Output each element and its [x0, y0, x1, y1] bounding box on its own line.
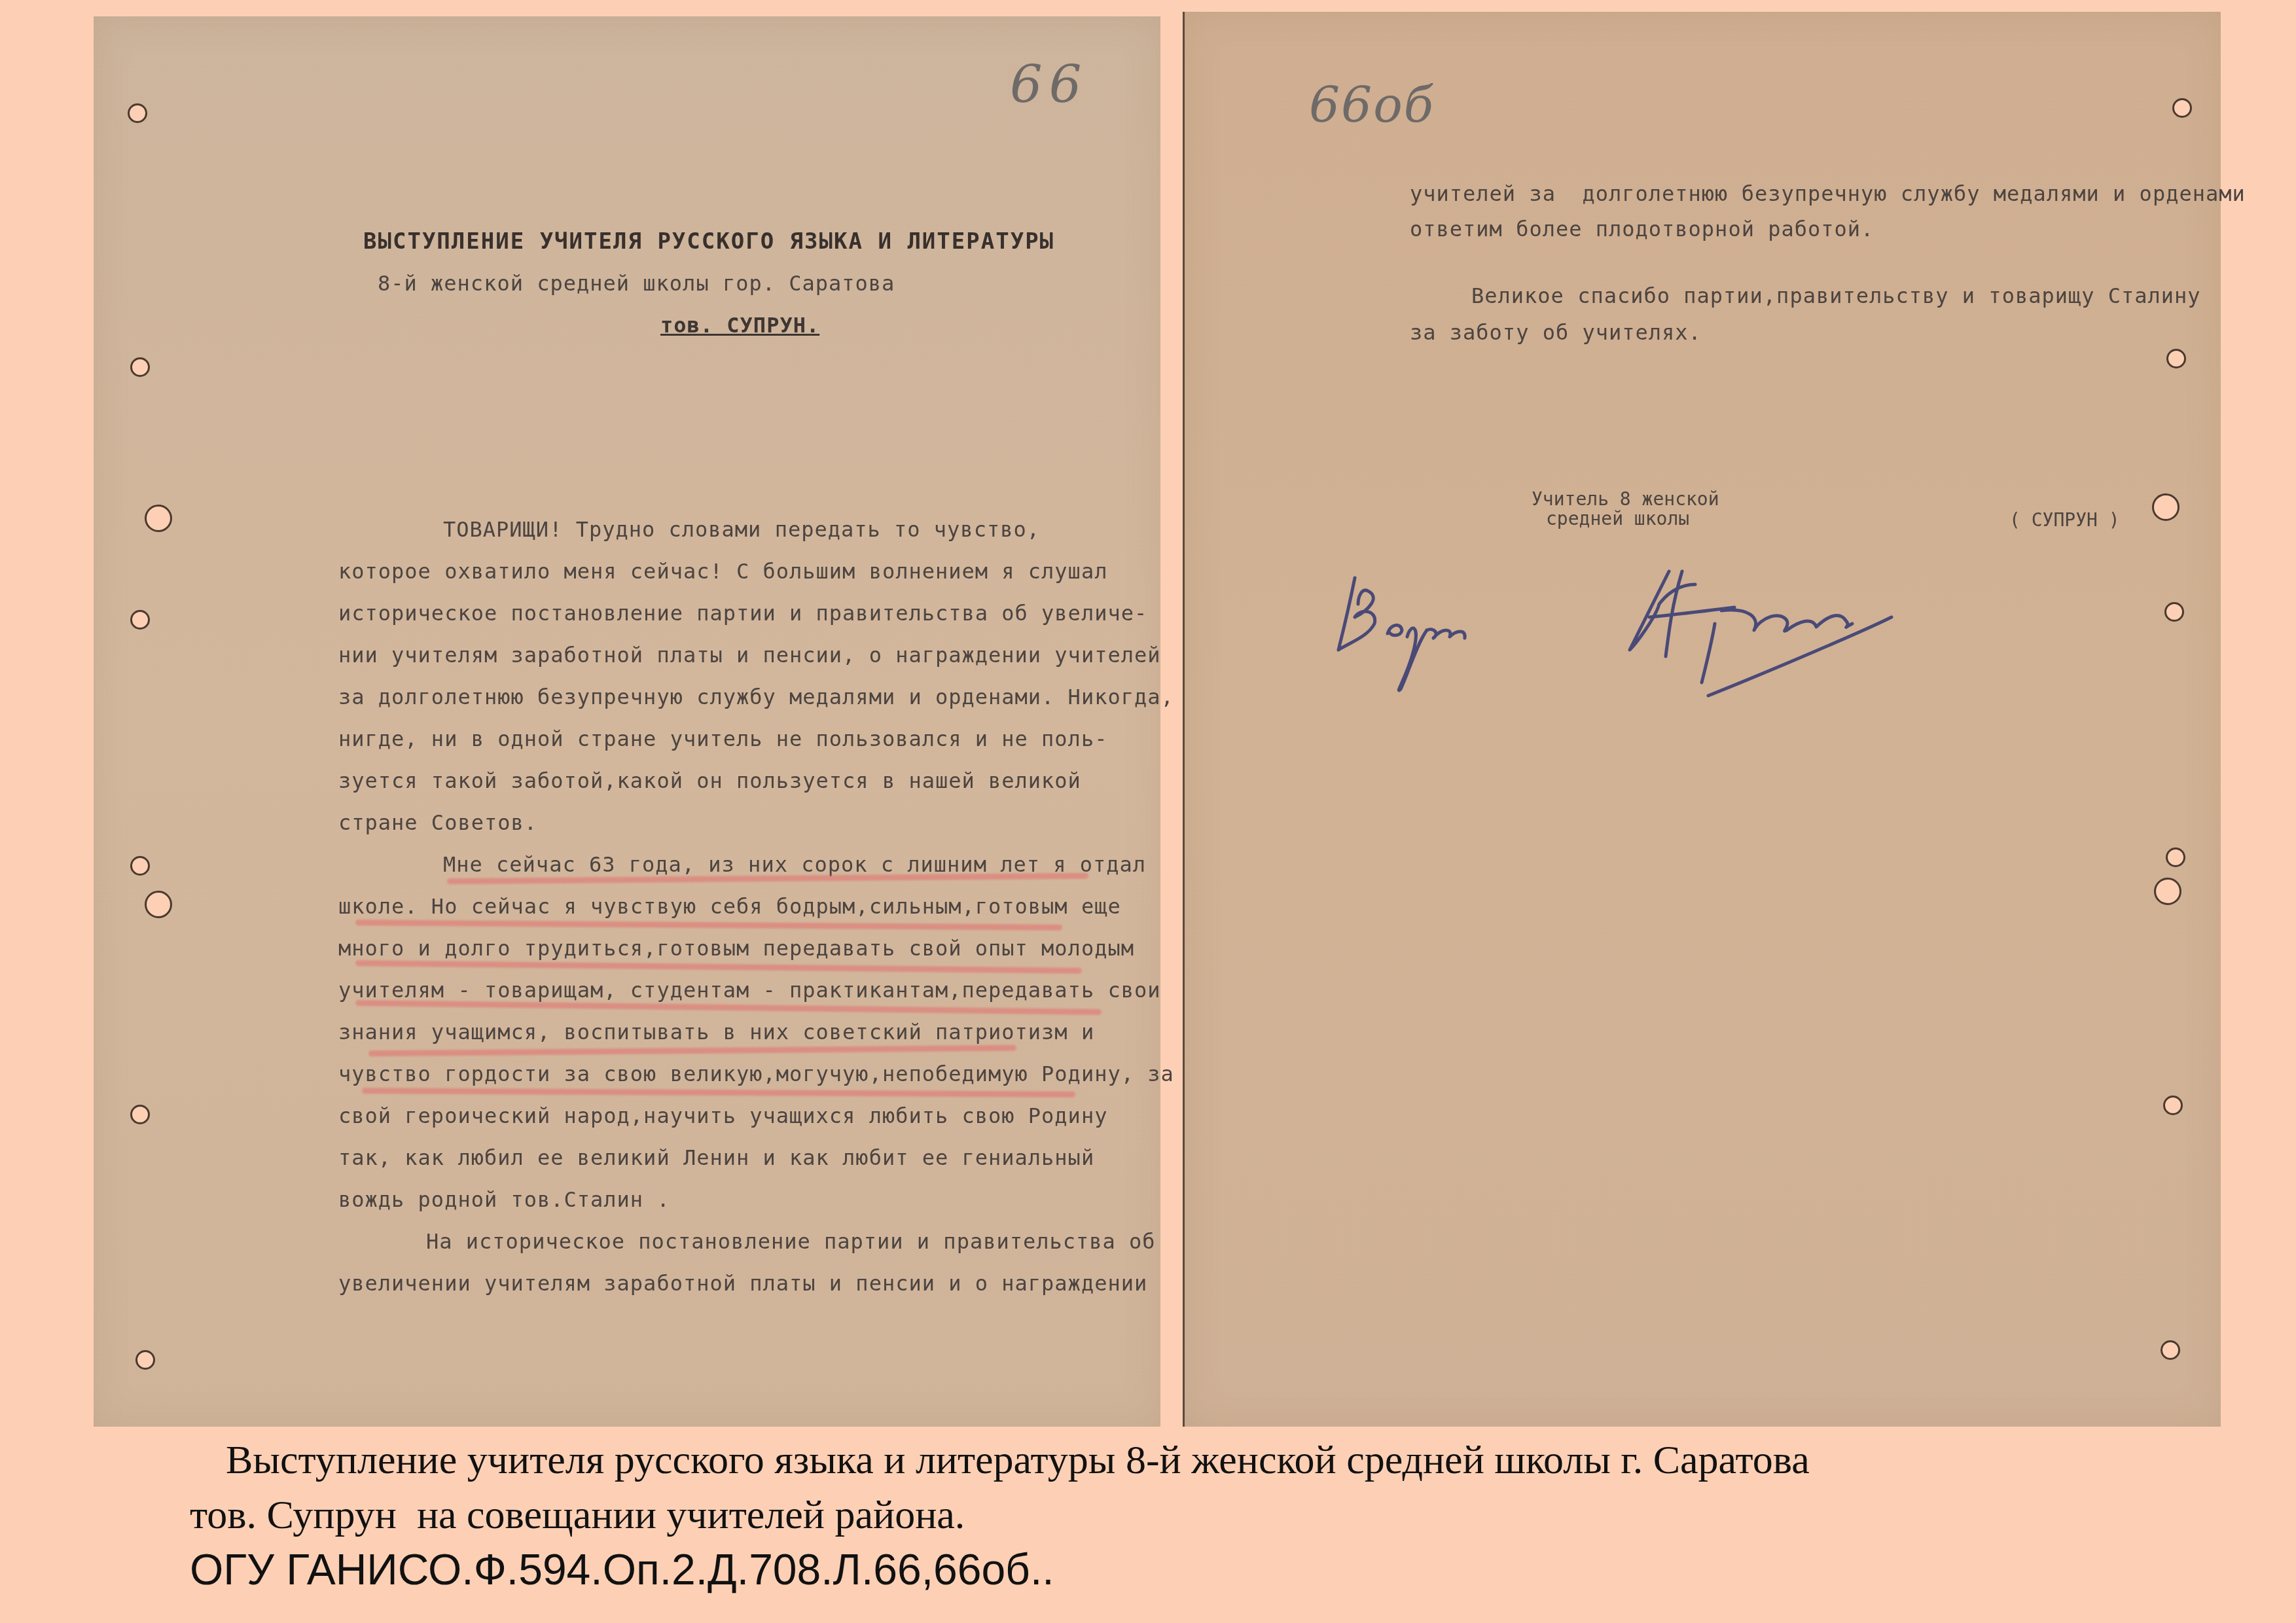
punch-hole [2164, 602, 2184, 622]
document-page-left: 66 ВЫСТУПЛЕНИЕ УЧИТЕЛЯ РУССКОГО ЯЗЫКА И … [94, 16, 1160, 1427]
page-number: 66 [1010, 56, 1088, 115]
signatory-name: ( СУПРУН ) [2009, 509, 2120, 531]
caption-line-1: Выступление учителя русского языка и лит… [226, 1437, 1810, 1484]
punch-hole [2163, 1096, 2183, 1115]
punch-hole [2161, 1340, 2180, 1360]
text-line: вождь родной тов.Сталин . [338, 1179, 670, 1221]
text-line: историческое постановление партии и прав… [338, 592, 1147, 634]
archive-source-reference: ОГУ ГАНИСО.Ф.594.Оп.2.Д.708.Л.66,66об.. [190, 1544, 1054, 1594]
punch-hole [130, 610, 150, 630]
text-line: Великое спасибо партии,правительству и т… [1471, 275, 2201, 317]
text-line: увеличении учителям заработной платы и п… [338, 1262, 1147, 1304]
punch-hole [128, 103, 147, 123]
punch-hole [2172, 98, 2192, 118]
heading-author: тов. СУПРУН. [660, 304, 819, 346]
text-line: свой героический народ,научить учащихся … [338, 1095, 1107, 1137]
text-line: за заботу об учителях. [1410, 312, 1702, 353]
punch-hole [135, 1350, 155, 1370]
text-line: зуется такой заботой,какой он пользуется… [338, 760, 1081, 802]
punch-hole [2166, 847, 2185, 867]
text-line: На историческое постановление партии и п… [426, 1221, 1156, 1262]
text-line: которое охватило меня сейчас! С большим … [338, 550, 1107, 592]
punch-hole [145, 891, 172, 918]
punch-hole [2154, 878, 2181, 905]
text-line: нии учителям заработной платы и пенсии, … [338, 634, 1160, 676]
heading-line-2: 8-й женской средней школы гор. Саратова [378, 262, 895, 304]
text-line: стране Советов. [338, 802, 537, 844]
punch-hole [145, 505, 172, 532]
document-page-right: 66об учителей за долголетнюю безупречную… [1183, 12, 2221, 1427]
text-line: за долголетнюю безупречную службу медаля… [338, 676, 1174, 718]
signatory-title-line-1: Учитель 8 женской [1532, 488, 1719, 510]
punch-hole [130, 1105, 150, 1124]
text-line: так, как любил ее великий Ленин и как лю… [338, 1137, 1094, 1179]
page-number: 66об [1309, 77, 1435, 134]
punch-hole [2166, 349, 2186, 368]
caption-line-2: тов. Супрун на совещании учителей района… [190, 1492, 965, 1539]
punch-hole [2152, 493, 2179, 521]
signatory-title-line-2: средней школы [1546, 508, 1689, 530]
salutation-line: ТОВАРИЩИ! Трудно словами передать то чув… [443, 517, 1040, 542]
punch-hole [130, 357, 150, 377]
text-line: нигде, ни в одной стране учитель не поль… [338, 718, 1107, 760]
handwritten-signature [1329, 545, 1983, 709]
text-line: ответим более плодотворной работой. [1410, 208, 1874, 250]
punch-hole [130, 856, 150, 876]
heading-line-1: ВЫСТУПЛЕНИЕ УЧИТЕЛЯ РУССКОГО ЯЗЫКА И ЛИТ… [363, 221, 1054, 262]
